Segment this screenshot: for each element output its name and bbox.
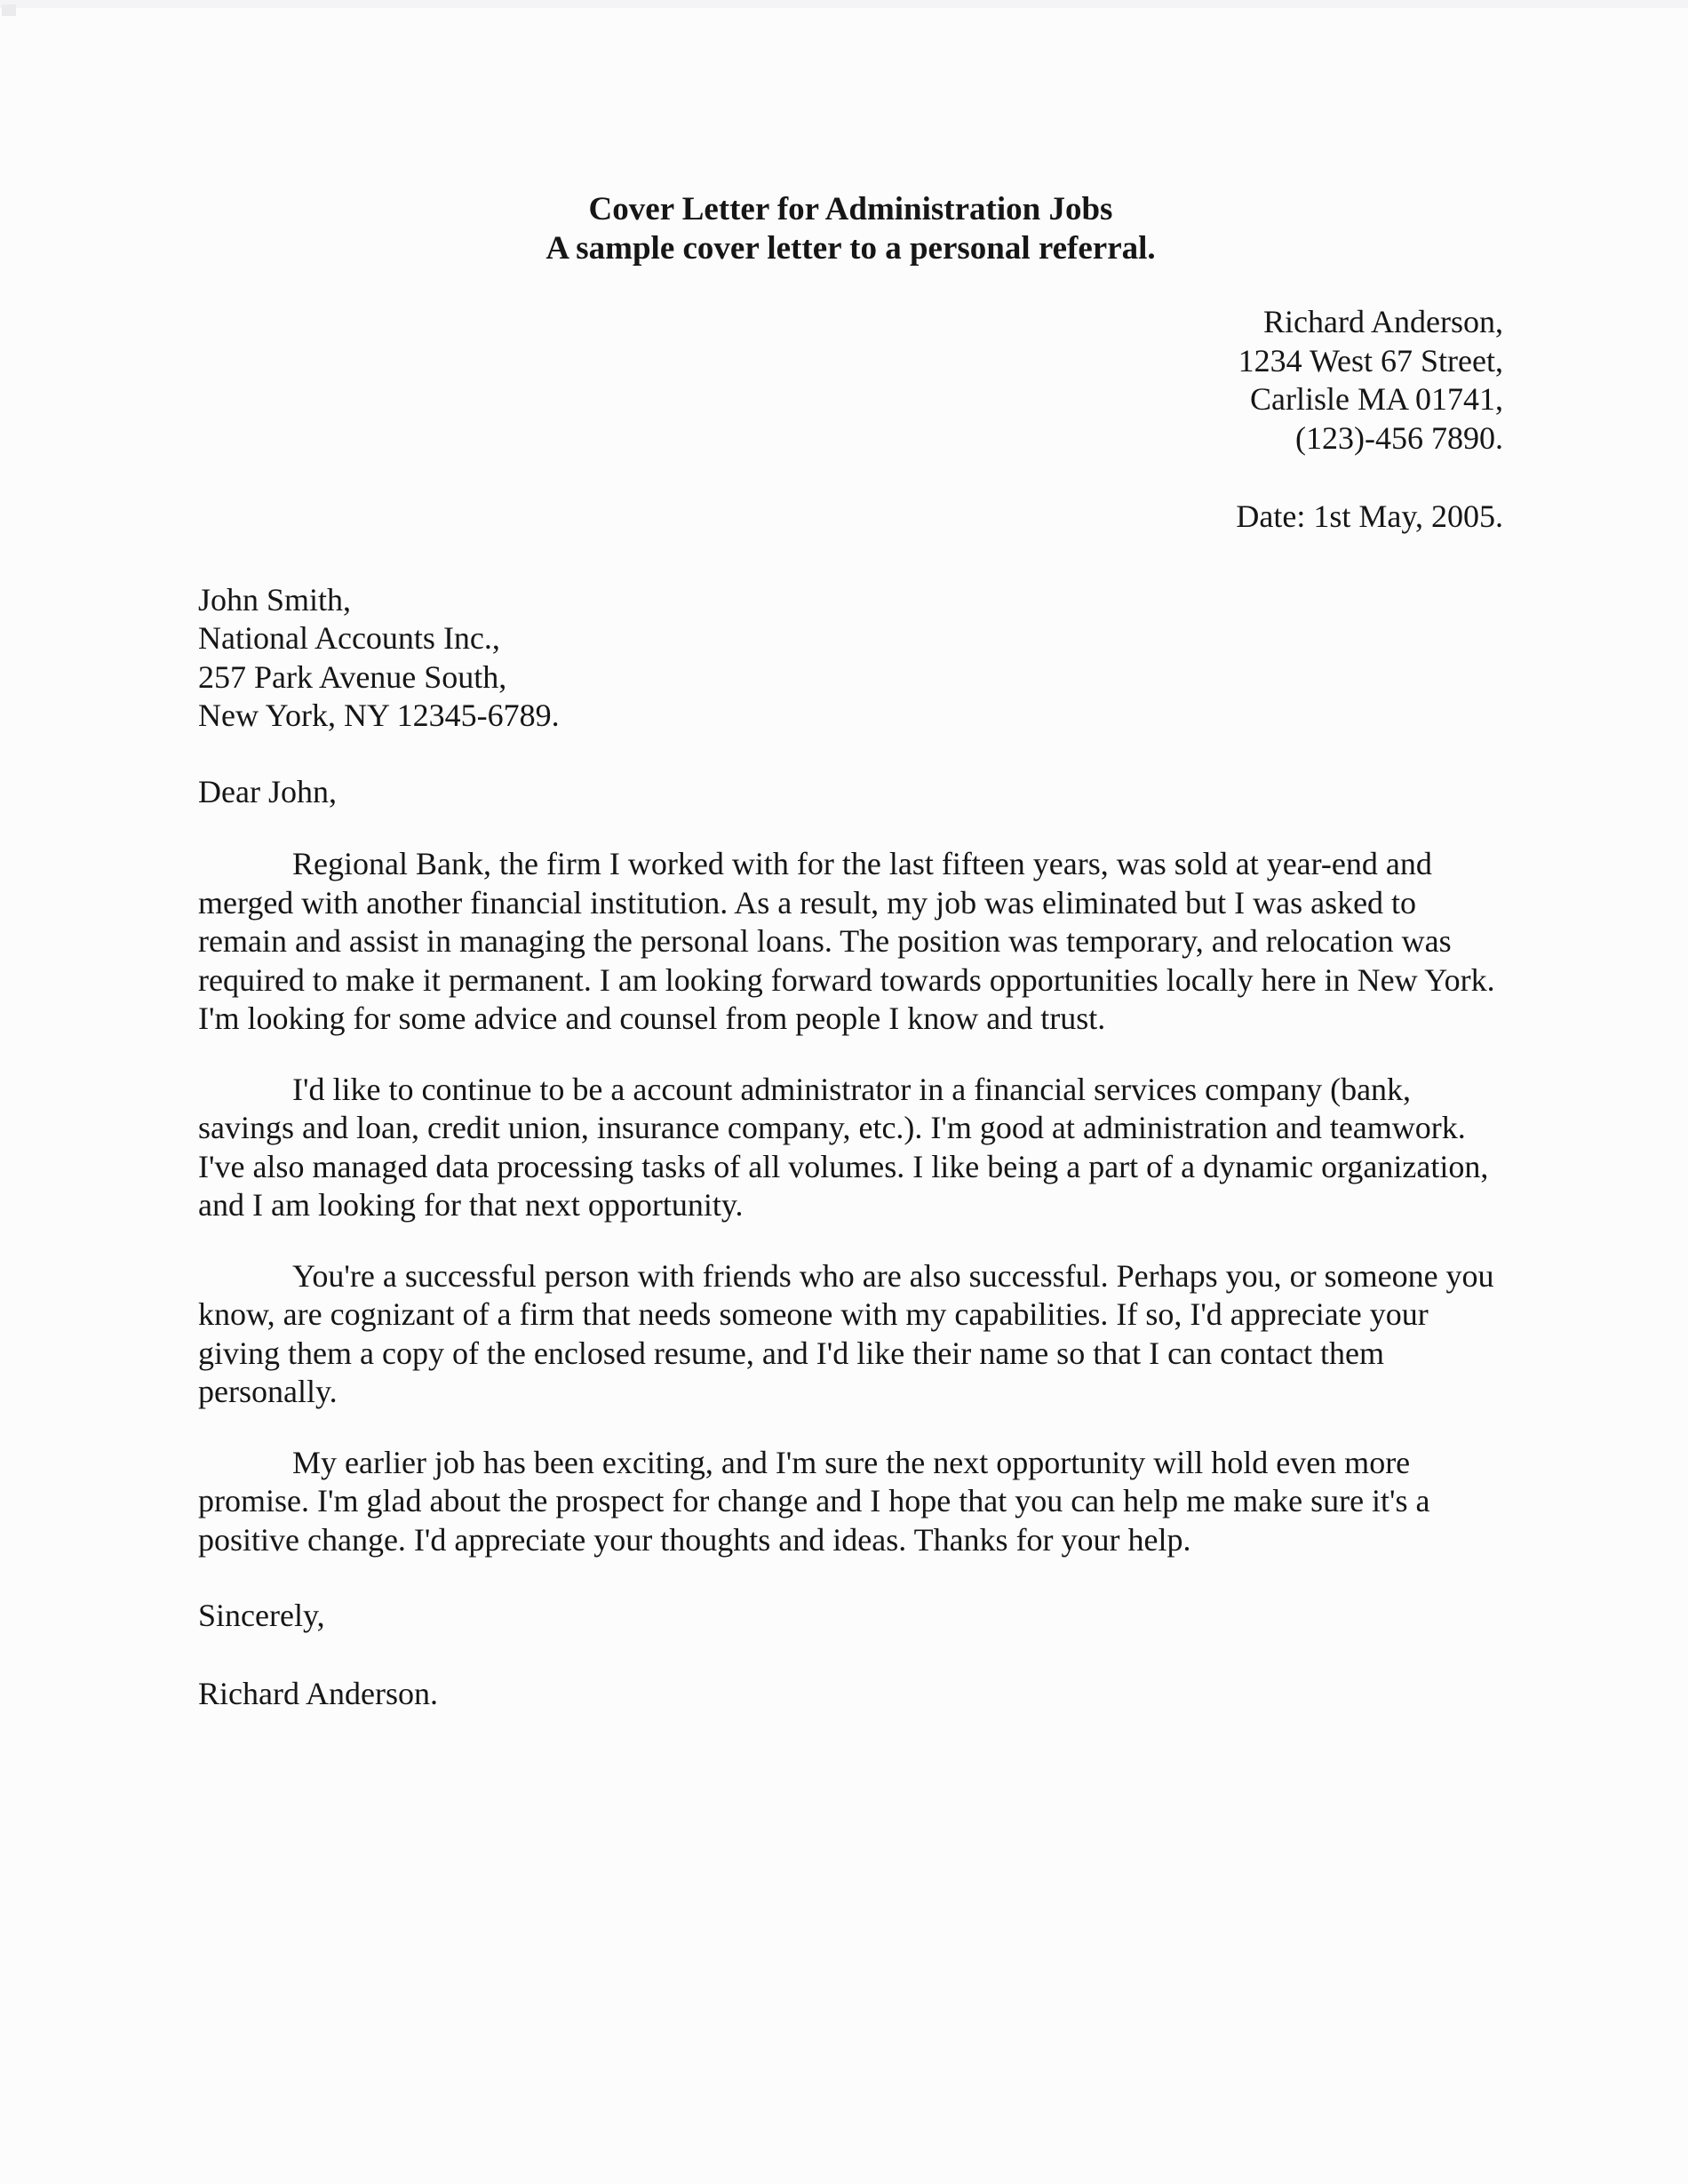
sender-name: Richard Anderson, — [198, 303, 1503, 342]
body-paragraph-1: Regional Bank, the firm I worked with fo… — [198, 845, 1503, 1039]
body-paragraph-2: I'd like to continue to be a account adm… — [198, 1071, 1503, 1225]
letter-subtitle: A sample cover letter to a personal refe… — [198, 229, 1503, 268]
body-paragraph-4: My earlier job has been exciting, and I'… — [198, 1444, 1503, 1560]
signature-name: Richard Anderson. — [198, 1675, 1503, 1714]
sender-phone: (123)-456 7890. — [198, 419, 1503, 458]
recipient-company: National Accounts Inc., — [198, 619, 1503, 658]
document-page: Cover Letter for Administration Jobs A s… — [0, 0, 1688, 2184]
body-paragraph-3: You're a successful person with friends … — [198, 1257, 1503, 1412]
recipient-street: 257 Park Avenue South, — [198, 658, 1503, 697]
date-line: Date: 1st May, 2005. — [198, 498, 1503, 537]
letter-title: Cover Letter for Administration Jobs — [198, 190, 1503, 229]
recipient-city: New York, NY 12345-6789. — [198, 697, 1503, 736]
scan-top-band — [0, 0, 1688, 8]
sender-address-block: Richard Anderson, 1234 West 67 Street, C… — [198, 303, 1503, 458]
recipient-address-block: John Smith, National Accounts Inc., 257 … — [198, 581, 1503, 736]
recipient-name: John Smith, — [198, 581, 1503, 620]
letter-heading: Cover Letter for Administration Jobs A s… — [198, 190, 1503, 267]
closing: Sincerely, — [198, 1597, 1503, 1636]
scan-corner-artifact — [2, 4, 16, 16]
salutation: Dear John, — [198, 773, 1503, 812]
sender-street: 1234 West 67 Street, — [198, 342, 1503, 381]
cover-letter: Cover Letter for Administration Jobs A s… — [0, 0, 1688, 1713]
sender-city: Carlisle MA 01741, — [198, 380, 1503, 419]
